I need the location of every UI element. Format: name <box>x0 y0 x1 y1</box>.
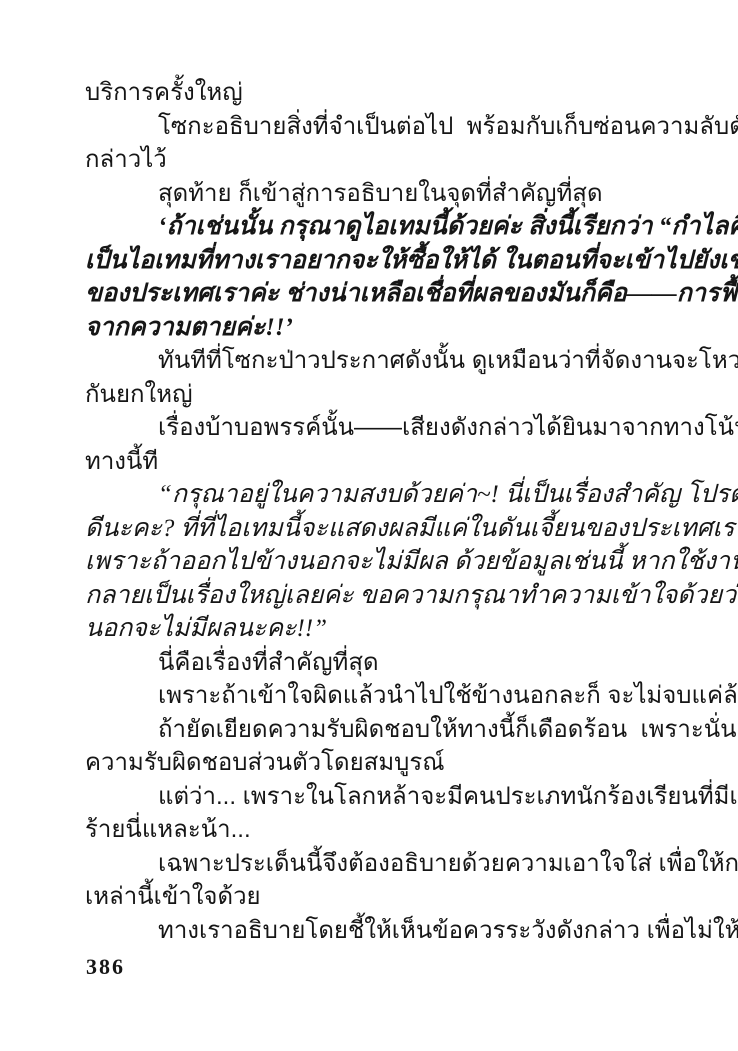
text-line: ทางนี้ที <box>85 445 665 479</box>
text-line: บริการครั้งใหญ่ <box>85 76 665 110</box>
text-line: กันยกใหญ่ <box>85 378 665 412</box>
text-line: ร้ายนี่แหละน้า... <box>85 813 665 847</box>
page-text-block: บริการครั้งใหญ่ โซกะอธิบายสิ่งที่จำเป็นต… <box>85 76 665 947</box>
text-line: แต่ว่า... เพราะในโลกหล้าจะมีคนประเภทนักร… <box>85 780 665 814</box>
text-line-dialogue: เพราะถ้าออกไปข้างนอกจะไม่มีผล ด้วยข้อมูล… <box>85 545 665 579</box>
text-line: โซกะอธิบายสิ่งที่จำเป็นต่อไป พร้อมกับเก็… <box>85 110 665 144</box>
text-line-announcement: ‘ถ้าเช่นนั้น กรุณาดูไอเทมนี้ด้วยค่ะ สิ่ง… <box>85 210 665 244</box>
text-line: เฉพาะประเด็นนี้จึงต้องอธิบายด้วยความเอาใ… <box>85 847 665 881</box>
text-line: เรื่องบ้าบอพรรค์นั้น——เสียงดังกล่าวได้ยิ… <box>85 411 665 445</box>
page-number: 386 <box>86 954 125 980</box>
text-line: ถ้ายัดเยียดความรับผิดชอบให้ทางนี้ก็เดือด… <box>85 713 665 747</box>
text-line: เพราะถ้าเข้าใจผิดแล้วนำไปใช้ข้างนอกละก็ … <box>85 679 665 713</box>
text-line: เหล่านี้เข้าใจด้วย <box>85 880 665 914</box>
text-line-dialogue: “กรุณาอยู่ในความสงบด้วยค่า~! นี่เป็นเรื่… <box>85 478 665 512</box>
text-line-announcement: จากความตายค่ะ!!’ <box>85 311 665 345</box>
text-line-dialogue: ดีนะคะ? ที่ที่ไอเทมนี้จะแสดงผลมีแค่ในดัน… <box>85 512 665 546</box>
text-line-announcement: เป็นไอเทมที่ทางเราอยากจะให้ซื้อให้ได้ ใน… <box>85 244 665 278</box>
text-line: กล่าวไว้ <box>85 143 665 177</box>
text-line: นี่คือเรื่องที่สำคัญที่สุด <box>85 646 665 680</box>
text-line: ทันทีที่โซกะป่าวประกาศดังนั้น ดูเหมือนว่… <box>85 344 665 378</box>
text-line: ทางเราอธิบายโดยชี้ให้เห็นข้อควรระวังดังก… <box>85 914 665 948</box>
book-page: บริการครั้งใหญ่ โซกะอธิบายสิ่งที่จำเป็นต… <box>0 0 738 1051</box>
text-line-announcement: ของประเทศเราค่ะ ช่างน่าเหลือเชื่อที่ผลขอ… <box>85 277 665 311</box>
text-line-dialogue: กลายเป็นเรื่องใหญ่เลยค่ะ ขอความกรุณาทำคว… <box>85 579 665 613</box>
text-line-dialogue: นอกจะไม่มีผลนะคะ!!” <box>85 612 665 646</box>
text-line: ความรับผิดชอบส่วนตัวโดยสมบูรณ์ <box>85 746 665 780</box>
text-line: สุดท้าย ก็เข้าสู่การอธิบายในจุดที่สำคัญท… <box>85 177 665 211</box>
